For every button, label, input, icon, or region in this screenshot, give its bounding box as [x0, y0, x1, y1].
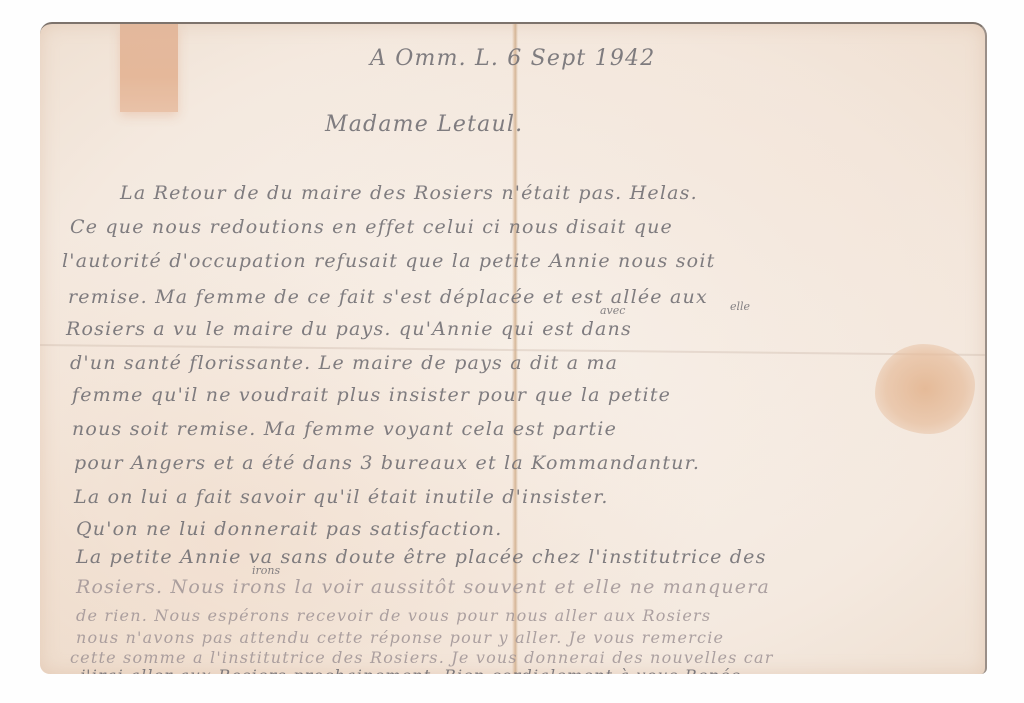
letter-line-5: Rosiers a vu le maire du pays. qu'Annie … [66, 318, 632, 340]
handwritten-text: A Omm. L. 6 Sept 1942 Madame Letaul. La … [40, 24, 985, 674]
letter-line-12: La petite Annie va sans doute être placé… [76, 546, 767, 568]
letter-line-7: femme qu'il ne voudrait plus insister po… [72, 384, 671, 406]
letter-line-11: Qu'on ne lui donnerait pas satisfaction. [76, 518, 502, 540]
letter-line-9: pour Angers et a été dans 3 bureaux et l… [74, 452, 700, 474]
dateline: A Omm. L. 6 Sept 1942 [370, 46, 655, 71]
scan-background: A Omm. L. 6 Sept 1942 Madame Letaul. La … [0, 0, 1024, 703]
letter-line-3: l'autorité d'occupation refusait que la … [62, 250, 715, 272]
letter-line-1: La Retour de du maire des Rosiers n'étai… [120, 182, 698, 204]
letter-line-15: nous n'avons pas attendu cette réponse p… [76, 628, 724, 647]
letter-line-6: d'un santé florissante. Le maire de pays… [70, 352, 618, 374]
letter-line-16: cette somme a l'institutrice des Rosiers… [70, 648, 774, 667]
letter-line-13: Rosiers. Nous irons la voir aussitôt sou… [76, 576, 770, 598]
letter-line-2: Ce que nous redoutions en effet celui ci… [70, 216, 673, 238]
letter-line-17-signature: j'irai aller aux Rosiers prochainement. … [80, 666, 742, 674]
letter-line-8: nous soit remise. Ma femme voyant cela e… [72, 418, 617, 440]
letter-line-10: La on lui a fait savoir qu'il était inut… [74, 486, 609, 508]
greeting: Madame Letaul. [325, 112, 523, 137]
letter-line-14: de rien. Nous espérons recevoir de vous … [76, 606, 711, 625]
insert-avec: avec [600, 304, 625, 317]
insert-elle: elle [730, 300, 750, 313]
postcard: A Omm. L. 6 Sept 1942 Madame Letaul. La … [40, 22, 987, 674]
